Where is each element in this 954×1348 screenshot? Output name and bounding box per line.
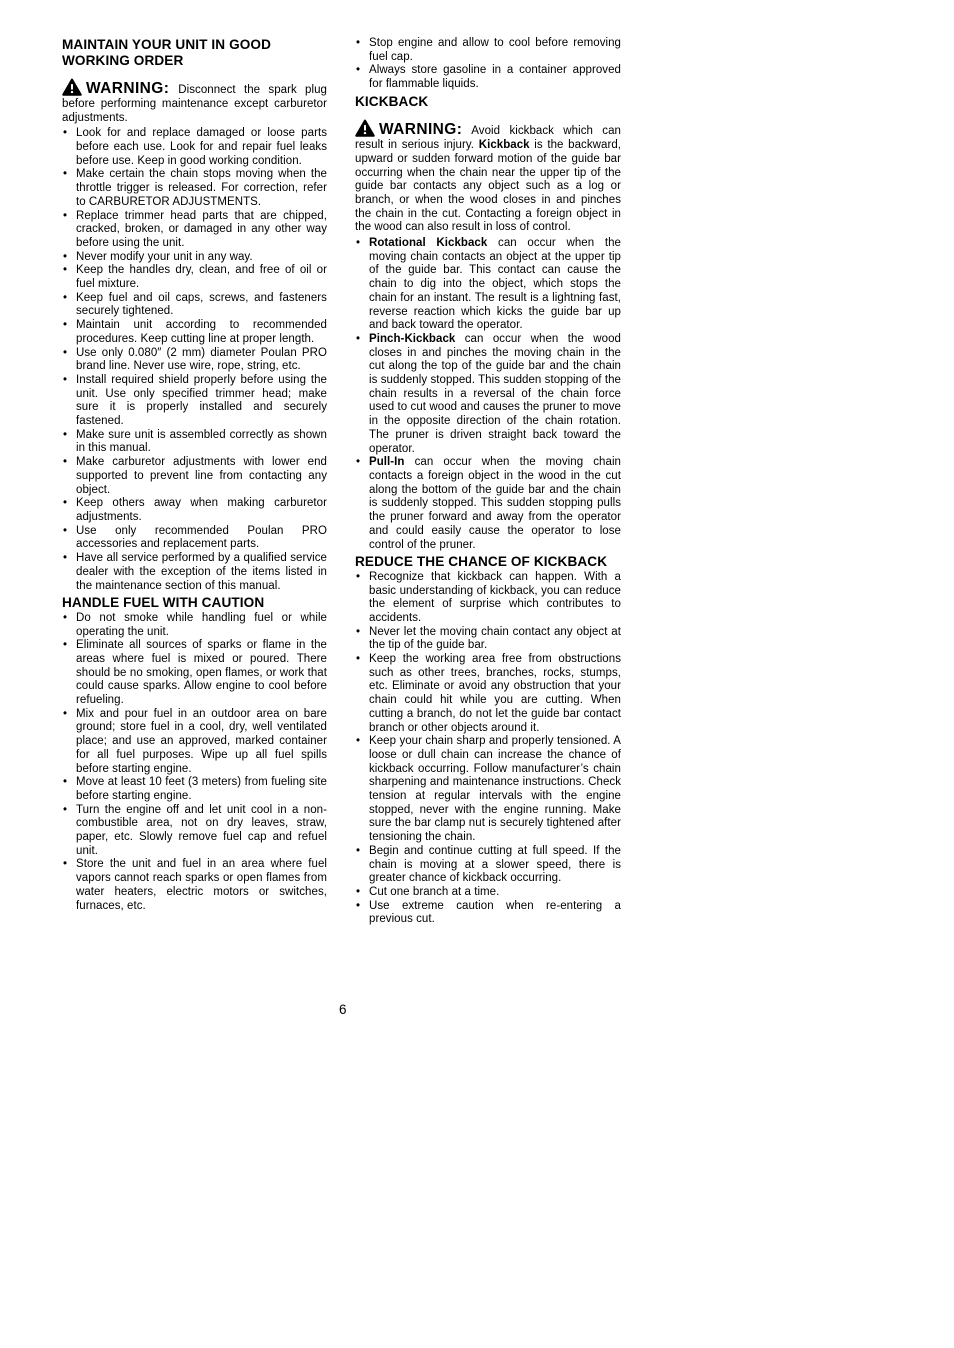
bullet-item: Make sure unit is assembled correctly as… xyxy=(62,429,327,456)
manual-page: MAINTAIN YOUR UNIT IN GOOD WORKING ORDER… xyxy=(0,0,954,1348)
warning-label: WARNING: xyxy=(379,121,462,138)
text-run: Keep fuel and oil caps, screws, and fast… xyxy=(76,292,327,318)
warning-paragraph: WARNING:Avoid kickback which can result … xyxy=(355,119,621,235)
bullet-item: Have all service performed by a qualifie… xyxy=(62,552,327,593)
section-heading: REDUCE THE CHANCE OF KICKBACK xyxy=(355,554,621,570)
text-run: Eliminate all sources of sparks or flame… xyxy=(76,639,327,706)
text-run: Do not smoke while handling fuel or whil… xyxy=(76,612,327,638)
warning-triangle-icon xyxy=(355,119,375,137)
text-run: Mix and pour fuel in an outdoor area on … xyxy=(76,708,327,775)
bullet-item: Keep fuel and oil caps, screws, and fast… xyxy=(62,292,327,319)
text-run: Keep the working area free from obstruct… xyxy=(369,653,621,734)
bullet-item: Recognize that kickback can happen. With… xyxy=(355,571,621,626)
bold-term: Rotational Kickback xyxy=(369,237,487,249)
bullet-item: Pull-In can occur when the moving chain … xyxy=(355,456,621,552)
bullet-item: Never modify your unit in any way. xyxy=(62,251,327,265)
text-run: Stop engine and allow to cool before rem… xyxy=(369,37,621,63)
page-number: 6 xyxy=(339,1002,347,1018)
bullet-item: Always store gasoline in a container app… xyxy=(355,64,621,91)
text-run: Never modify your unit in any way. xyxy=(76,251,253,263)
text-run: Always store gasoline in a container app… xyxy=(369,64,621,90)
text-run: Keep your chain sharp and properly tensi… xyxy=(369,735,621,843)
bold-term: Pinch-Kickback xyxy=(369,333,455,345)
section-heading: KICKBACK xyxy=(355,94,621,110)
text-run: Turn the engine off and let unit cool in… xyxy=(76,804,327,857)
left-column: MAINTAIN YOUR UNIT IN GOOD WORKING ORDER… xyxy=(62,37,327,913)
text-run: Never let the moving chain contact any o… xyxy=(369,626,621,652)
bullet-item: Keep the working area free from obstruct… xyxy=(355,653,621,735)
text-run: can occur when the moving chain contacts… xyxy=(369,237,621,331)
bullet-list: Stop engine and allow to cool before rem… xyxy=(355,37,621,92)
text-run: Use only 0.080″ (2 mm) diameter Poulan P… xyxy=(76,347,327,373)
bullet-item: Pinch-Kickback can occur when the wood c… xyxy=(355,333,621,456)
bullet-item: Use extreme caution when re-entering a p… xyxy=(355,900,621,927)
bullet-item: Keep your chain sharp and properly tensi… xyxy=(355,735,621,845)
text-run: can occur when the moving chain contacts… xyxy=(369,456,621,550)
text-run: Keep others away when making carburetor … xyxy=(76,497,327,523)
bullet-item: Keep the handles dry, clean, and free of… xyxy=(62,264,327,291)
bullet-list: Rotational Kickback can occur when the m… xyxy=(355,237,621,552)
warning-triangle-icon xyxy=(62,78,82,96)
bullet-item: Rotational Kickback can occur when the m… xyxy=(355,237,621,333)
warning-paragraph: WARNING:Disconnect the spark plug before… xyxy=(62,78,327,125)
text-run: Make certain the chain stops moving when… xyxy=(76,168,327,207)
text-run: Use extreme caution when re-entering a p… xyxy=(369,900,621,926)
bullet-item: Stop engine and allow to cool before rem… xyxy=(355,37,621,64)
text-run: Store the unit and fuel in an area where… xyxy=(76,858,327,911)
text-run: is the backward, upward or sudden forwar… xyxy=(355,139,621,233)
bullet-list: Look for and replace damaged or loose pa… xyxy=(62,127,327,593)
bullet-item: Make carburetor adjustments with lower e… xyxy=(62,456,327,497)
text-run: Begin and continue cutting at full speed… xyxy=(369,845,621,884)
bullet-item: Use only 0.080″ (2 mm) diameter Poulan P… xyxy=(62,347,327,374)
text-run: Move at least 10 feet (3 meters) from fu… xyxy=(76,776,327,802)
bullet-item: Keep others away when making carburetor … xyxy=(62,497,327,524)
bullet-item: Never let the moving chain contact any o… xyxy=(355,626,621,653)
text-run: Maintain unit according to recommended p… xyxy=(76,319,327,345)
bullet-item: Turn the engine off and let unit cool in… xyxy=(62,804,327,859)
text-run: Cut one branch at a time. xyxy=(369,886,499,898)
text-run: Keep the handles dry, clean, and free of… xyxy=(76,264,327,290)
text-run: Recognize that kickback can happen. With… xyxy=(369,571,621,624)
right-column: Stop engine and allow to cool before rem… xyxy=(355,37,621,927)
bullet-item: Use only recommended Poulan PRO accessor… xyxy=(62,525,327,552)
bullet-item: Maintain unit according to recommended p… xyxy=(62,319,327,346)
text-run: Install required shield properly before … xyxy=(76,374,327,427)
text-run: Replace trimmer head parts that are chip… xyxy=(76,210,327,249)
text-run: can occur when the wood closes in and pi… xyxy=(369,333,621,455)
bullet-item: Make certain the chain stops moving when… xyxy=(62,168,327,209)
bullet-item: Eliminate all sources of sparks or flame… xyxy=(62,639,327,708)
bold-term: Kickback xyxy=(479,139,530,151)
bullet-item: Mix and pour fuel in an outdoor area on … xyxy=(62,708,327,777)
bullet-list: Do not smoke while handling fuel or whil… xyxy=(62,612,327,913)
section-heading: MAINTAIN YOUR UNIT IN GOOD WORKING ORDER xyxy=(62,37,327,68)
bullet-item: Begin and continue cutting at full speed… xyxy=(355,845,621,886)
text-run: Make carburetor adjustments with lower e… xyxy=(76,456,327,495)
text-run: Have all service performed by a qualifie… xyxy=(76,552,327,591)
bullet-item: Look for and replace damaged or loose pa… xyxy=(62,127,327,168)
text-run: Make sure unit is assembled correctly as… xyxy=(76,429,327,455)
warning-label: WARNING: xyxy=(86,80,169,97)
text-run: Use only recommended Poulan PRO accessor… xyxy=(76,525,327,551)
bullet-item: Replace trimmer head parts that are chip… xyxy=(62,210,327,251)
bullet-item: Do not smoke while handling fuel or whil… xyxy=(62,612,327,639)
bullet-item: Store the unit and fuel in an area where… xyxy=(62,858,327,913)
text-run: Look for and replace damaged or loose pa… xyxy=(76,127,327,166)
bullet-item: Install required shield properly before … xyxy=(62,374,327,429)
bullet-item: Move at least 10 feet (3 meters) from fu… xyxy=(62,776,327,803)
section-heading: HANDLE FUEL WITH CAUTION xyxy=(62,595,327,611)
bullet-item: Cut one branch at a time. xyxy=(355,886,621,900)
bullet-list: Recognize that kickback can happen. With… xyxy=(355,571,621,927)
bold-term: Pull-In xyxy=(369,456,405,468)
